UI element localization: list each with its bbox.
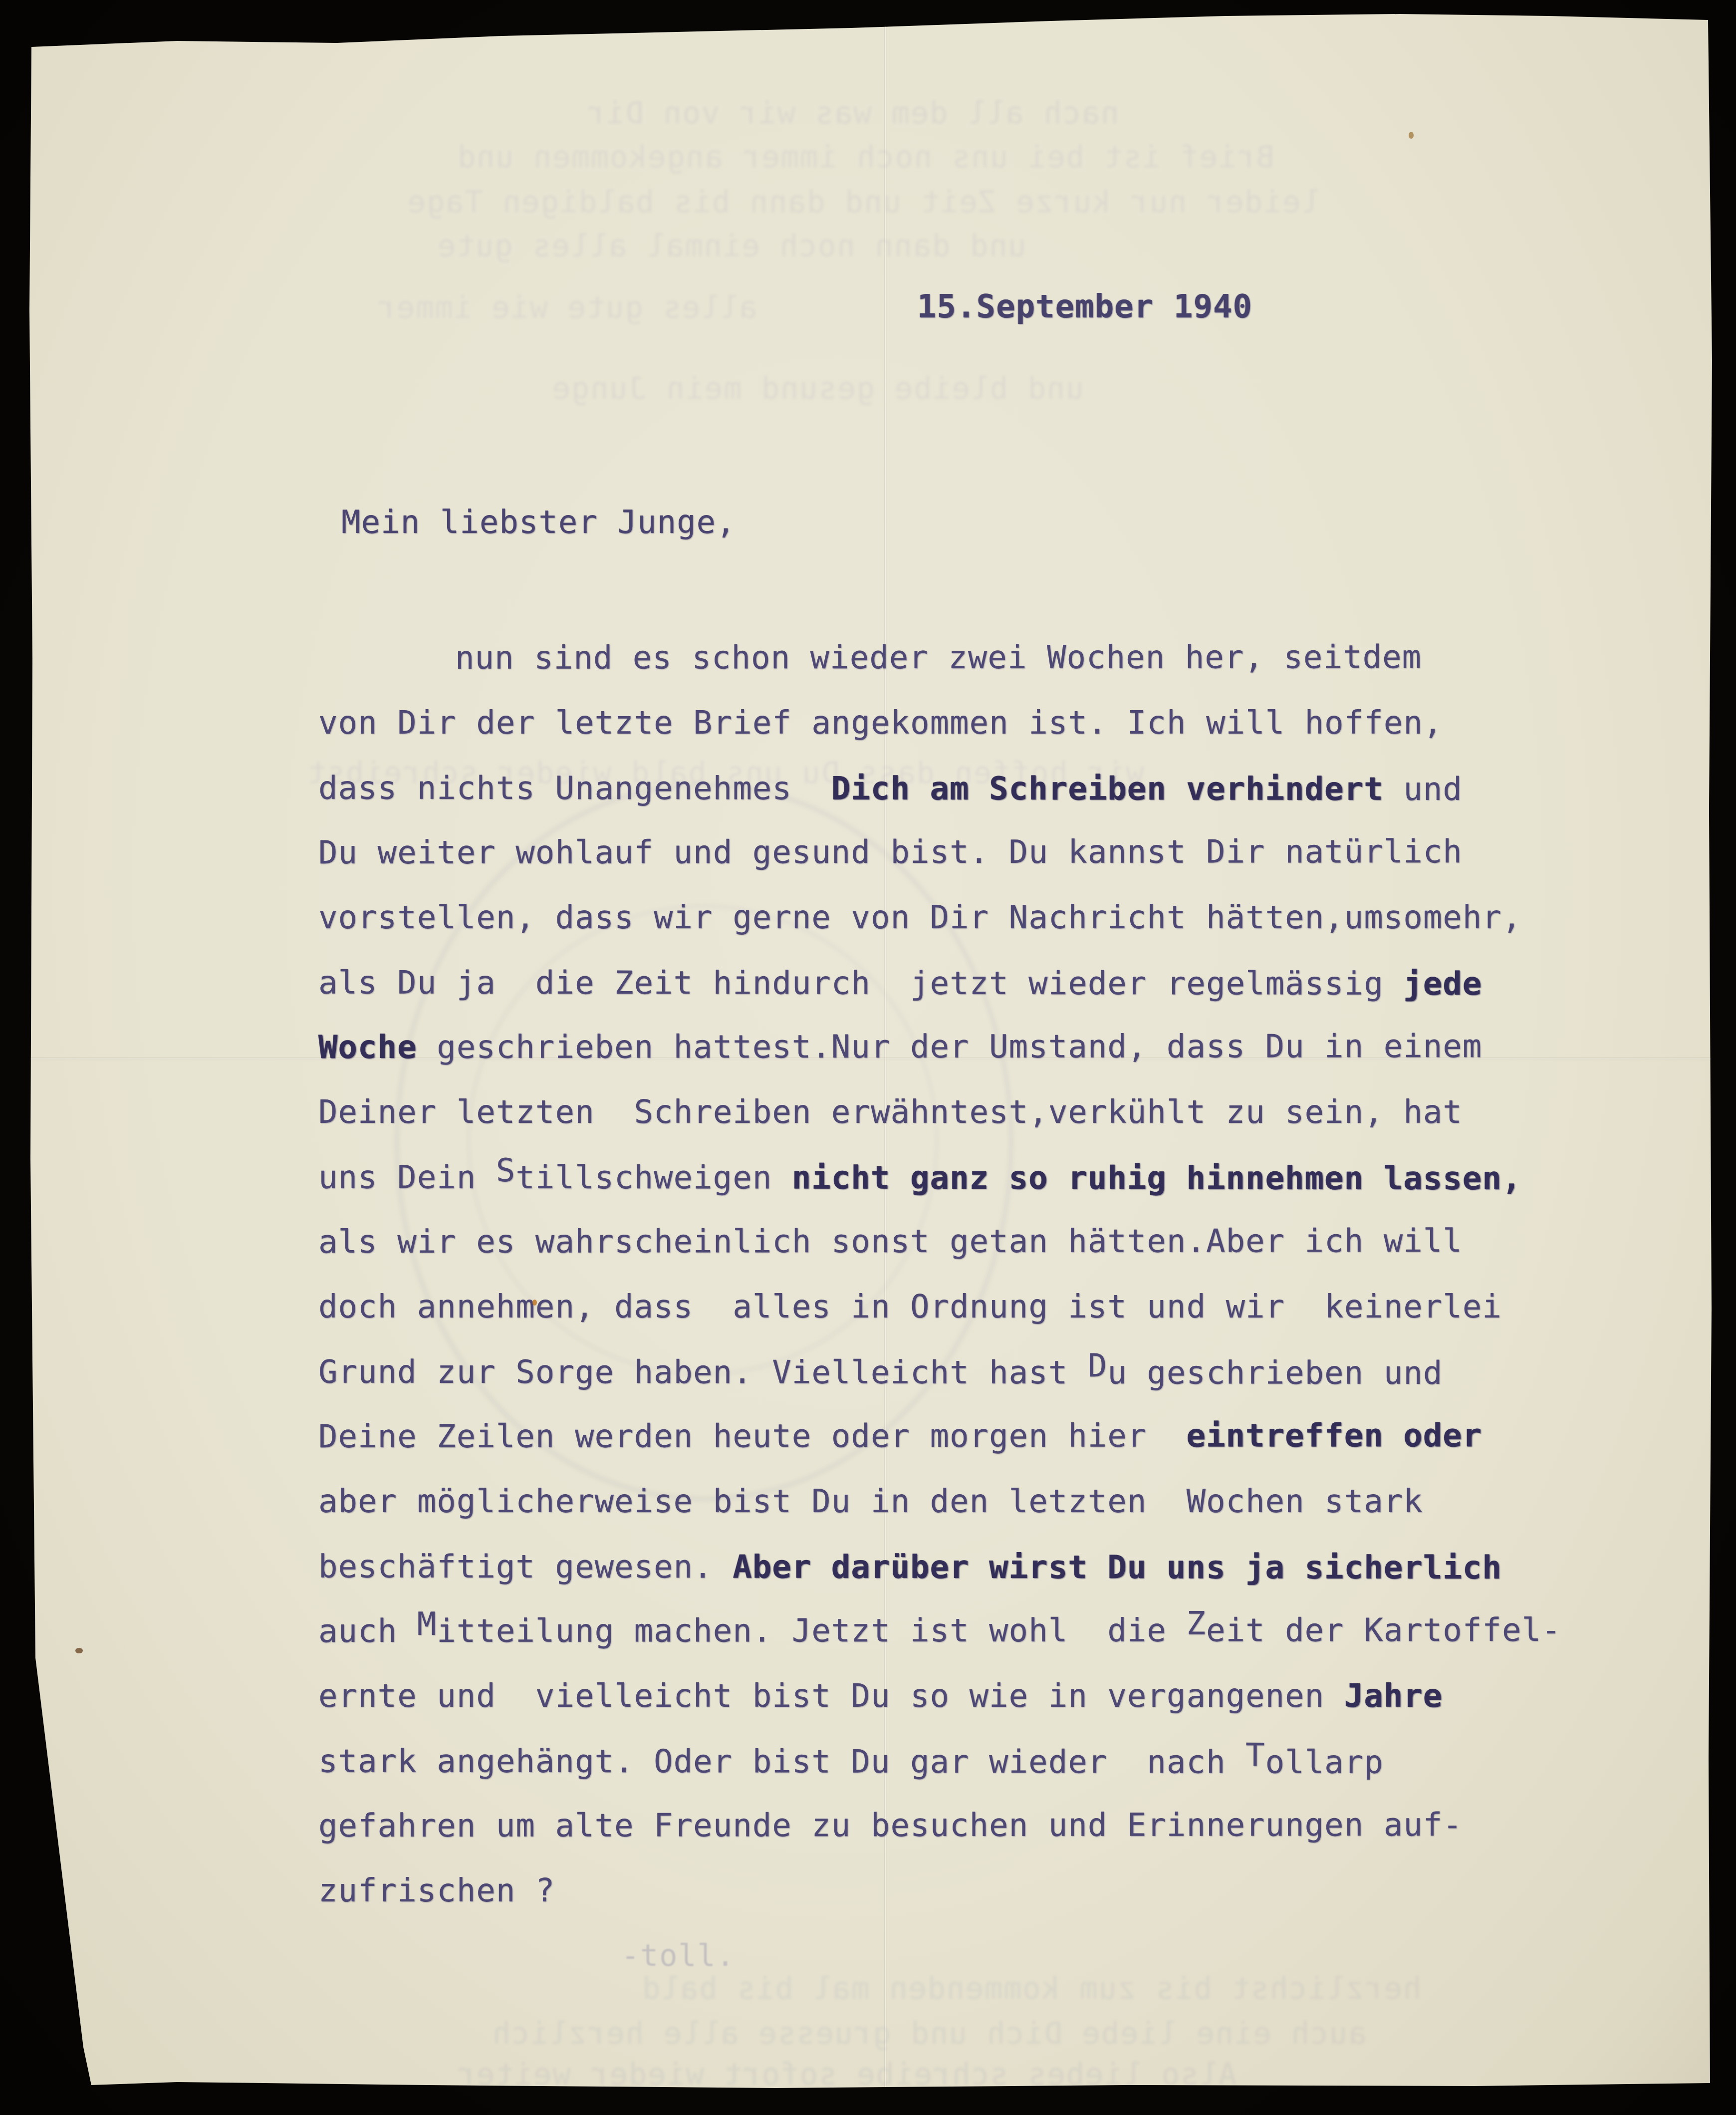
typed-line: Woche geschrieben hattest.Nur der Umstan… <box>318 1014 1626 1080</box>
typed-segment-bold: Aber darüber wirst Du uns ja sicherlich <box>733 1549 1502 1586</box>
typed-line: aber möglicherweise bist Du in den letzt… <box>318 1469 1626 1534</box>
typed-segment: Z <box>1186 1605 1206 1642</box>
typed-segment: gefahren um alte Freunde zu besuchen und… <box>318 1807 1463 1845</box>
typed-segment: Du weiter wohlauf und gesund bist. Du ka… <box>318 833 1463 871</box>
typed-line: Deine Zeilen werden heute oder morgen hi… <box>318 1403 1626 1469</box>
typed-segment: stark angehängt. Oder bist Du gar wieder… <box>318 1743 1245 1781</box>
typed-segment: beschäftigt gewesen. <box>318 1549 733 1586</box>
typed-segment: als wir es wahrscheinlich sonst getan hä… <box>318 1223 1463 1261</box>
typed-line: uns Dein Stillschweigen nicht ganz so ru… <box>318 1145 1626 1212</box>
bleed-through-line: nach all dem was wir von Dir <box>586 96 1119 131</box>
bleed-through-line: Also liebes schreibe sofort wieder weite… <box>457 2057 1237 2092</box>
bleed-through-line: und bleibe gesund mein Junge <box>551 371 1084 406</box>
typed-line: ernte und vielleicht bist Du so wie in v… <box>318 1664 1626 1729</box>
letter-page: nach all dem was wir von DirBrief ist be… <box>27 11 1715 2090</box>
paper-speck <box>532 1300 537 1306</box>
typed-segment: und <box>1384 771 1463 808</box>
bleed-through-line: leider nur kurze Zeit und dann bis baldi… <box>407 185 1320 220</box>
typed-line: vorstellen, dass wir gerne von Dir Nachr… <box>318 885 1626 950</box>
paper-speck <box>1409 132 1414 139</box>
typed-segment: itteilung machen. Jetzt ist wohl die <box>437 1612 1186 1650</box>
typed-segment: von Dir der letzte Brief angekommen ist.… <box>318 705 1443 742</box>
typed-segment: D <box>1088 1347 1108 1384</box>
typed-segment: auch <box>318 1613 417 1650</box>
bleed-through-line: herzlichst bis zum kommenden mal bis bal… <box>641 1971 1421 2006</box>
typed-segment: dass nichts Unangenehmes <box>318 770 831 807</box>
typed-line: doch annehmen, dass alles in Ordnung ist… <box>318 1275 1626 1339</box>
scanner-background: nach all dem was wir von DirBrief ist be… <box>0 0 1736 2115</box>
typed-line: Deiner letzten Schreiben erwähntest,verk… <box>318 1080 1626 1145</box>
typed-segment: zufrischen ? <box>318 1872 555 1909</box>
bleed-through-line: Brief ist bei uns noch immer angekommen … <box>457 140 1274 175</box>
typed-line: nun sind es schon wieder zwei Wochen her… <box>318 625 1626 691</box>
typed-segment: nun sind es schon wieder zwei Wochen her… <box>455 639 1422 677</box>
typed-segment: geschrieben hattest.Nur der Umstand, das… <box>417 1028 1483 1066</box>
typed-segment: aber möglicherweise bist Du in den letzt… <box>318 1483 1423 1520</box>
typed-segment-bold: Woche <box>318 1029 417 1066</box>
typed-line: zufrischen ? <box>318 1858 1626 1923</box>
typed-segment: u geschrieben und <box>1107 1354 1443 1392</box>
typed-segment: tillschweigen <box>515 1159 792 1197</box>
typed-line: als wir es wahrscheinlich sonst getan hä… <box>318 1209 1626 1275</box>
typed-segment: Deiner letzten Schreiben erwähntest,verk… <box>318 1094 1463 1131</box>
typed-segment: uns Dein <box>318 1159 496 1196</box>
typed-line: als Du ja die Zeit hindurch jetzt wieder… <box>318 951 1626 1017</box>
typed-line: gefahren um alte Freunde zu besuchen und… <box>318 1793 1626 1858</box>
typed-segment-bold: eintreffen oder <box>1186 1417 1482 1455</box>
typed-segment-bold: Jahre <box>1344 1678 1443 1715</box>
typed-segment: ollarp <box>1265 1744 1383 1781</box>
typed-segment: ernte und vielleicht bist Du so wie in v… <box>318 1678 1344 1715</box>
bleed-through-line: -toll. <box>621 1938 736 1973</box>
bleed-through-line: alles gute wie immer <box>377 290 757 325</box>
typed-segment: M <box>417 1606 437 1643</box>
typed-segment: S <box>496 1152 516 1189</box>
letter-date: 15.September 1940 <box>917 288 1252 325</box>
typed-segment: vorstellen, dass wir gerne von Dir Nachr… <box>318 899 1521 936</box>
letter-body: nun sind es schon wieder zwei Wochen her… <box>318 626 1626 1923</box>
typed-line: Grund zur Sorge haben. Vielleicht hast D… <box>318 1340 1626 1406</box>
typed-line: beschäftigt gewesen. Aber darüber wirst … <box>318 1535 1626 1601</box>
typed-segment-bold: nicht ganz so ruhig hinnehmen lassen, <box>792 1160 1522 1198</box>
typed-segment: Deine Zeilen werden heute oder morgen hi… <box>318 1418 1186 1456</box>
typed-line: Du weiter wohlauf und gesund bist. Du ka… <box>318 819 1626 885</box>
paper-speck <box>75 1648 83 1653</box>
typed-segment-bold: jede <box>1403 966 1482 1003</box>
bleed-through-line: auch eine liebe Dich und gruesse alle he… <box>492 2016 1367 2051</box>
typed-segment: doch annehmen, dass alles in Ordnung ist… <box>318 1289 1502 1325</box>
typed-line: auch Mitteilung machen. Jetzt ist wohl d… <box>318 1598 1626 1664</box>
typed-segment: als Du ja die Zeit hindurch jetzt wieder… <box>318 965 1403 1003</box>
typed-segment: T <box>1245 1737 1265 1774</box>
typed-segment-bold: Dich am Schreiben verhindert <box>831 771 1384 808</box>
typed-line: von Dir der letzte Brief angekommen ist.… <box>318 691 1626 756</box>
letter-salutation: Mein liebster Junge, <box>341 504 736 541</box>
typed-segment: Grund zur Sorge haben. Vielleicht hast <box>318 1354 1088 1392</box>
typed-line: stark angehängt. Oder bist Du gar wieder… <box>318 1729 1626 1796</box>
typed-segment: eit der Kartoffel- <box>1206 1612 1561 1649</box>
typed-line: dass nichts Unangenehmes Dich am Schreib… <box>318 756 1626 822</box>
bleed-through-line: und dann noch einmal alles gute <box>437 229 1026 264</box>
